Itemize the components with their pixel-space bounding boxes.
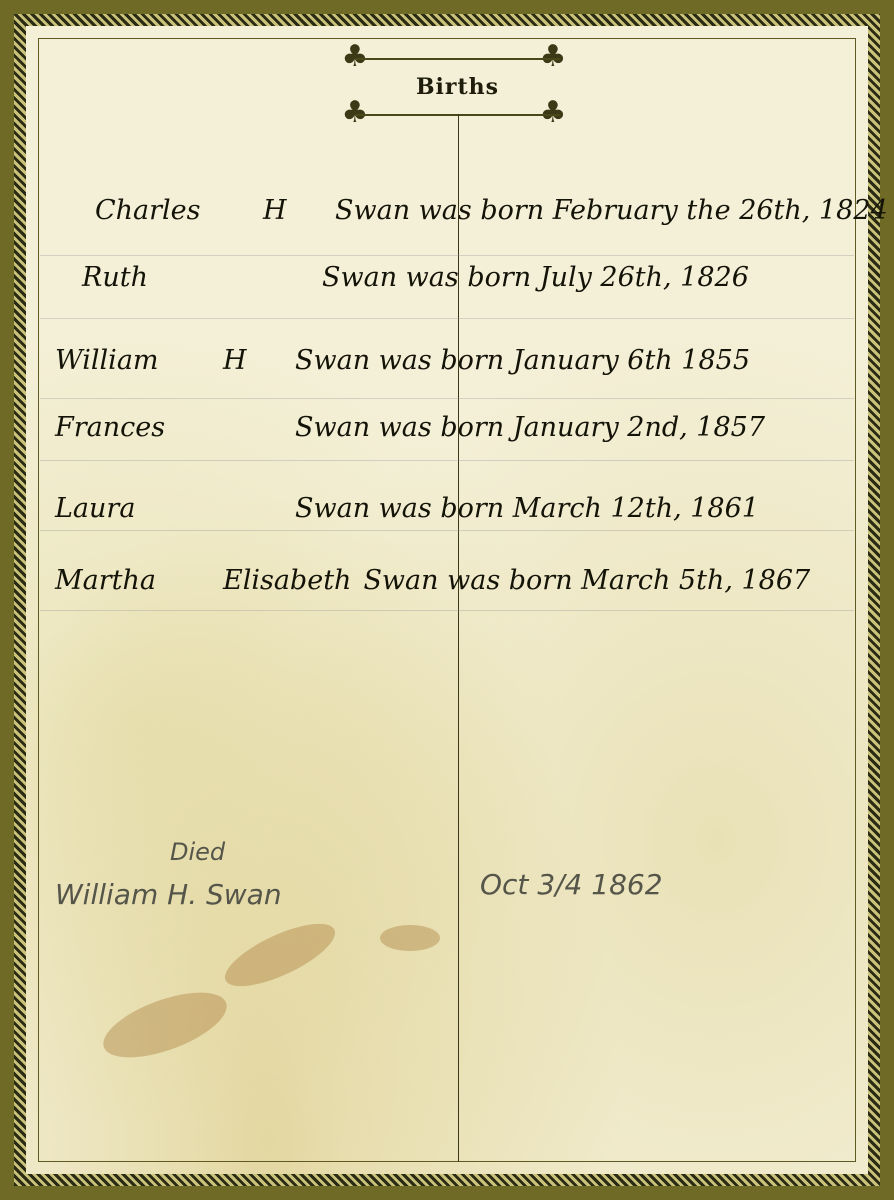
given-name: Frances [55, 412, 205, 443]
given-name: Martha [55, 565, 205, 596]
pencil-note-date: Oct 3/4 1862 [480, 868, 663, 901]
page-title: Births [416, 74, 499, 100]
birth-text: Swan was born March 12th, 1861 [295, 493, 759, 524]
birth-entry: Frances Swan was born January 2nd, 1857 [55, 412, 845, 456]
water-stain [380, 925, 440, 951]
ruled-line [40, 610, 854, 611]
ruled-line [40, 318, 854, 319]
birth-text: Swan was born January 2nd, 1857 [295, 412, 765, 443]
pencil-note-died: Died [170, 838, 225, 866]
birth-entry: Martha Elisabeth Swan was born March 5th… [55, 565, 845, 609]
middle-name: Elisabeth [223, 565, 351, 596]
given-name: Charles [95, 195, 245, 226]
pencil-note-name: William H. Swan [55, 878, 282, 911]
middle-name: H [223, 345, 283, 376]
birth-text: Swan was born July 26th, 1826 [322, 262, 749, 293]
middle-name: H [263, 195, 323, 226]
birth-entry: Charles H Swan was born February the 26t… [95, 195, 885, 239]
birth-text: Swan was born February the 26th, 1824 [335, 195, 888, 226]
birth-text: Swan was born March 5th, 1867 [363, 565, 810, 596]
heading-frame: Births [355, 58, 560, 116]
document-page: ♣ ♣ ♣ ♣ Births Charles H Swan was born F… [0, 0, 894, 1200]
birth-text: Swan was born January 6th 1855 [295, 345, 750, 376]
ruled-line [40, 398, 854, 399]
birth-entry: Ruth Swan was born July 26th, 1826 [82, 262, 872, 306]
birth-entry: Laura Swan was born March 12th, 1861 [55, 493, 845, 537]
birth-entry: William H Swan was born January 6th 1855 [55, 345, 845, 389]
ruled-line [40, 460, 854, 461]
given-name: Laura [55, 493, 205, 524]
given-name: Ruth [82, 262, 232, 293]
ruled-line [40, 255, 854, 256]
given-name: William [55, 345, 205, 376]
